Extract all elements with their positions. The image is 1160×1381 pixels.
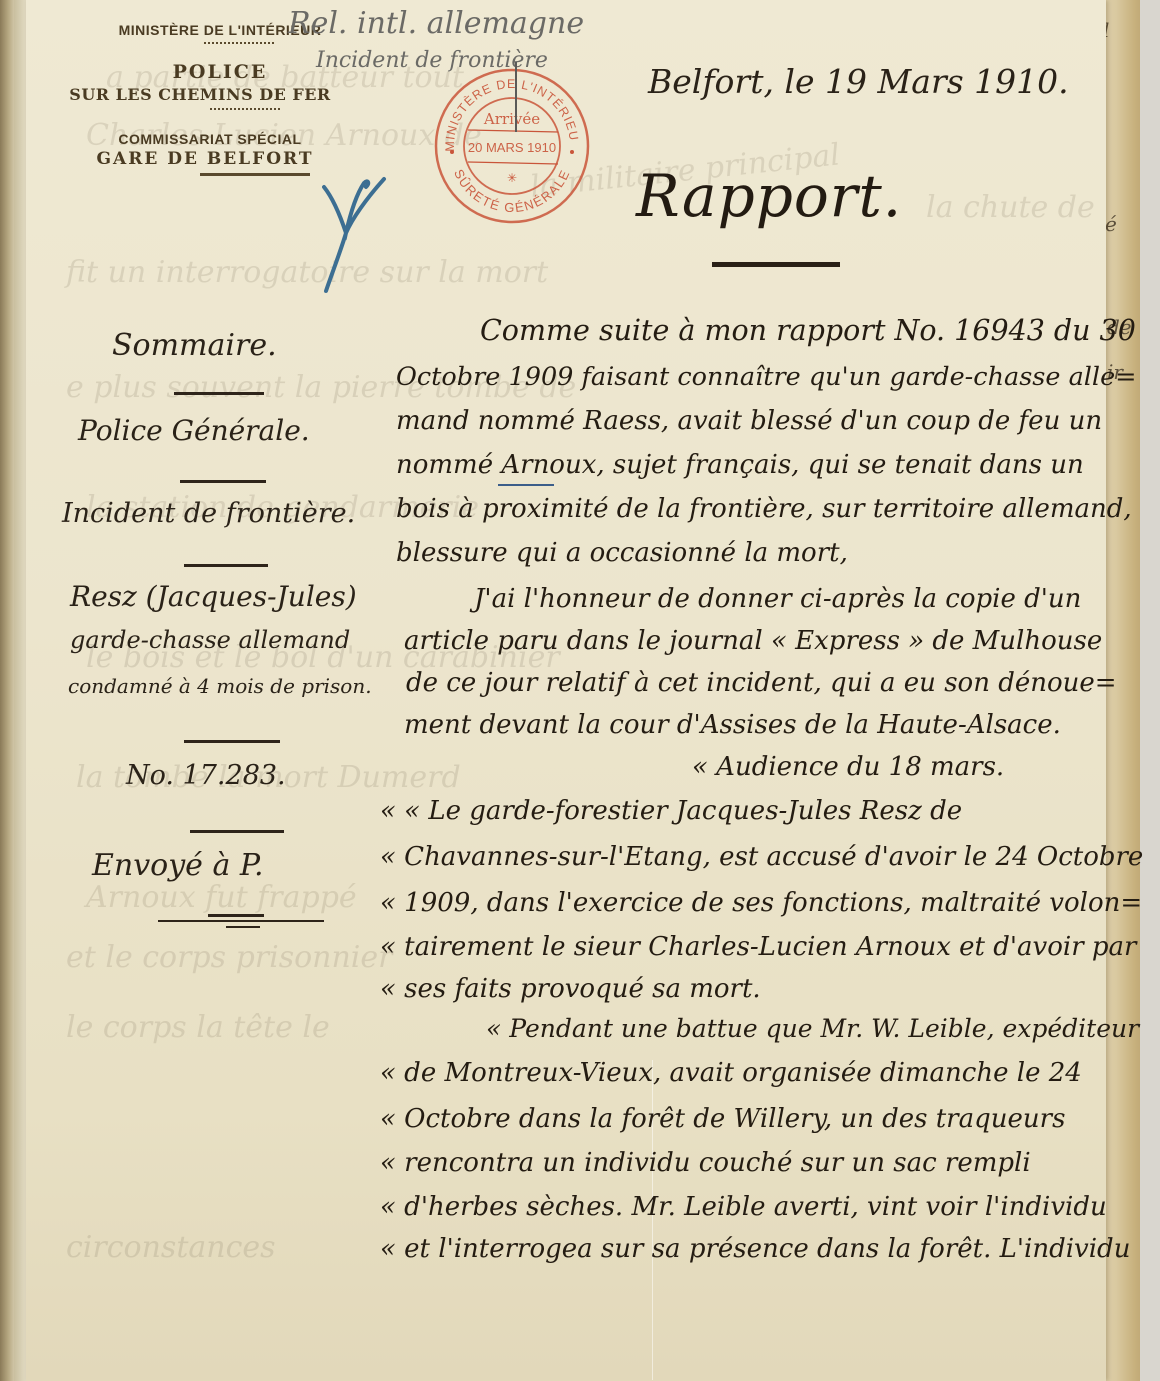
letterhead: MINISTÈRE DE L'INTÉRIEUR POLICE SUR LES … (60, 22, 340, 179)
letterhead-flourish (210, 108, 280, 113)
letterhead-police: POLICE (100, 61, 340, 83)
underlying-sheet-text: é (1105, 212, 1117, 236)
body-line: « tairement le sieur Charles-Lucien Arno… (380, 932, 1136, 962)
summary-rule (190, 830, 284, 833)
arrival-stamp: MINISTÈRE DE L'INTÉRIEUR SÛRETÉ GÉNÉRALE… (432, 66, 592, 226)
summary-person-role: garde-chasse allemand (70, 626, 350, 654)
stamp-label: Arrivée (483, 110, 540, 128)
summary-heading: Sommaire. (112, 328, 277, 363)
summary-double-rule (226, 926, 260, 928)
summary-rule (174, 392, 264, 395)
svg-text:✳: ✳ (507, 171, 517, 185)
body-line: ment devant la cour d'Assises de la Haut… (404, 710, 1061, 740)
body-line: « ses faits provoqué sa mort. (380, 974, 761, 1004)
blue-underline (498, 484, 554, 486)
place-date: Belfort, le 19 Mars 1910. (648, 62, 1069, 101)
summary-rule (180, 480, 266, 483)
letterhead-railway: SUR LES CHEMINS DE FER (60, 85, 340, 104)
body-line: J'ai l'honneur de donner ci-après la cop… (474, 584, 1081, 614)
pencil-annotation-line1: Rel. intl. allemagne (288, 6, 584, 41)
summary-double-rule (158, 920, 324, 922)
stamp-date: 20 MARS 1910 (468, 140, 556, 155)
body-line: mand nommé Raess, avait blessé d'un coup… (396, 406, 1102, 436)
body-line: de ce jour relatif à cet incident, qui a… (406, 668, 1117, 698)
body-line: « d'herbes sèches. Mr. Leible averti, vi… (380, 1192, 1107, 1222)
body-line: « et l'interrogea sur sa présence dans l… (380, 1234, 1130, 1264)
summary-rule (184, 740, 280, 743)
summary-sentence: condamné à 4 mois de prison. (68, 674, 372, 698)
body-line: « Chavannes-sur-l'Etang, est accusé d'av… (380, 842, 1143, 872)
letterhead-flourish (204, 42, 274, 47)
summary-sent-to: Envoyé à P. (92, 848, 264, 883)
letterhead-rule (200, 173, 310, 179)
body-line: « Audience du 18 mars. (692, 752, 1004, 782)
body-line: Octobre 1909 faisant connaître qu'un gar… (396, 362, 1137, 392)
binder-edge (0, 0, 14, 1381)
summary-rule (184, 564, 268, 567)
letterhead-station: GARE DE BELFORT (70, 149, 340, 169)
summary-section: Police Générale. (78, 414, 310, 447)
body-line: « de Montreux-Vieux, avait organisée dim… (380, 1058, 1082, 1088)
document-page: a partie de batteur tout Charles-Lucien … (26, 0, 1106, 1381)
body-line: « rencontra un individu couché sur un sa… (380, 1148, 1031, 1178)
binder-inner-edge (14, 0, 26, 1381)
body-line: Comme suite à mon rapport No. 16943 du 3… (480, 314, 1136, 347)
title-underline (712, 262, 840, 267)
body-line: « Pendant une battue que Mr. W. Leible, … (486, 1014, 1139, 1043)
summary-number: No. 17.283. (126, 760, 286, 791)
body-line: article paru dans le journal « Express »… (404, 626, 1102, 656)
body-line: « 1909, dans l'exercice de ses fonctions… (380, 888, 1142, 918)
report-title: Rapport. (636, 162, 902, 230)
body-line: « « Le garde-forestier Jacques-Jules Res… (380, 796, 962, 826)
summary-double-rule (208, 914, 264, 917)
body-line-with-underlined-name: nommé Arnoux, sujet français, qui se ten… (396, 450, 1084, 480)
summary-person-name: Resz (Jacques-Jules) (70, 580, 357, 613)
body-line: blessure qui a occasionné la mort, (396, 538, 848, 568)
body-line: bois à proximité de la frontière, sur te… (396, 494, 1132, 524)
background-surface (1140, 0, 1160, 1381)
summary-subject: Incident de frontière. (62, 498, 355, 529)
blue-checkmark-icon (322, 175, 392, 295)
letterhead-commissariat: COMMISSARIAT SPÉCIAL (80, 131, 340, 147)
body-line: « Octobre dans la forêt de Willery, un d… (380, 1104, 1065, 1134)
